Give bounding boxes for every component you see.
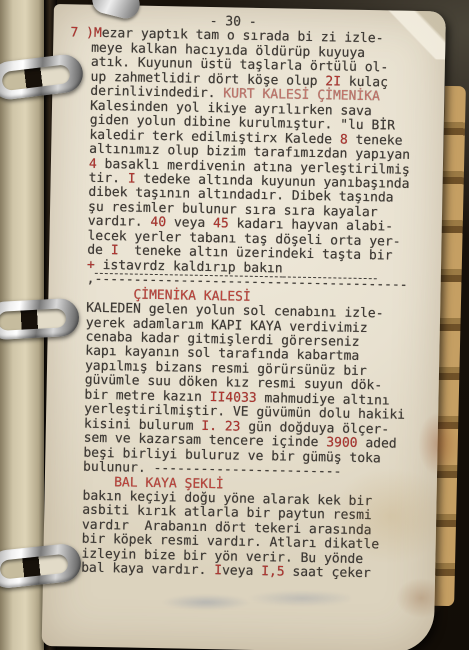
highlighted-text-segment: 2I <box>325 74 341 89</box>
text-segment <box>86 286 133 302</box>
binder-ring <box>0 298 80 341</box>
highlighted-text-segment: + <box>87 257 95 272</box>
highlighted-text-segment: 45 <box>213 216 229 231</box>
text-lines: 7 )Mezar yaptık tam o sırada bi zi izle-… <box>81 27 441 583</box>
text-segment: aded <box>357 436 396 452</box>
typewritten-text: - 30 - 7 )Mezar yaptık tam o sırada bi z… <box>81 13 442 583</box>
text-segment: saat çeker <box>285 565 371 582</box>
text-segment: bal kaya vardır. <box>81 561 214 579</box>
highlighted-text-segment: I. 23 <box>201 419 240 435</box>
text-segment: tir. <box>89 171 128 187</box>
text-segment: de <box>87 243 111 258</box>
text-segment <box>83 474 115 490</box>
highlighted-text-segment: 40 <box>150 215 166 230</box>
binder-ring-hole <box>0 308 66 331</box>
highlighted-text-segment: II4033 <box>210 390 257 406</box>
text-segment: veya <box>166 216 213 232</box>
photo-scene: - 30 - 7 )Mezar yaptık tam o sırada bi z… <box>0 0 469 650</box>
text-segment: veya <box>222 564 261 580</box>
highlighted-text-segment: I,5 <box>261 564 285 579</box>
highlighted-text-segment: 3900 <box>326 435 358 451</box>
highlighted-text-segment: 7 )M <box>70 26 102 42</box>
notebook-page: - 30 - 7 )Mezar yaptık tam o sırada bi z… <box>42 4 446 650</box>
